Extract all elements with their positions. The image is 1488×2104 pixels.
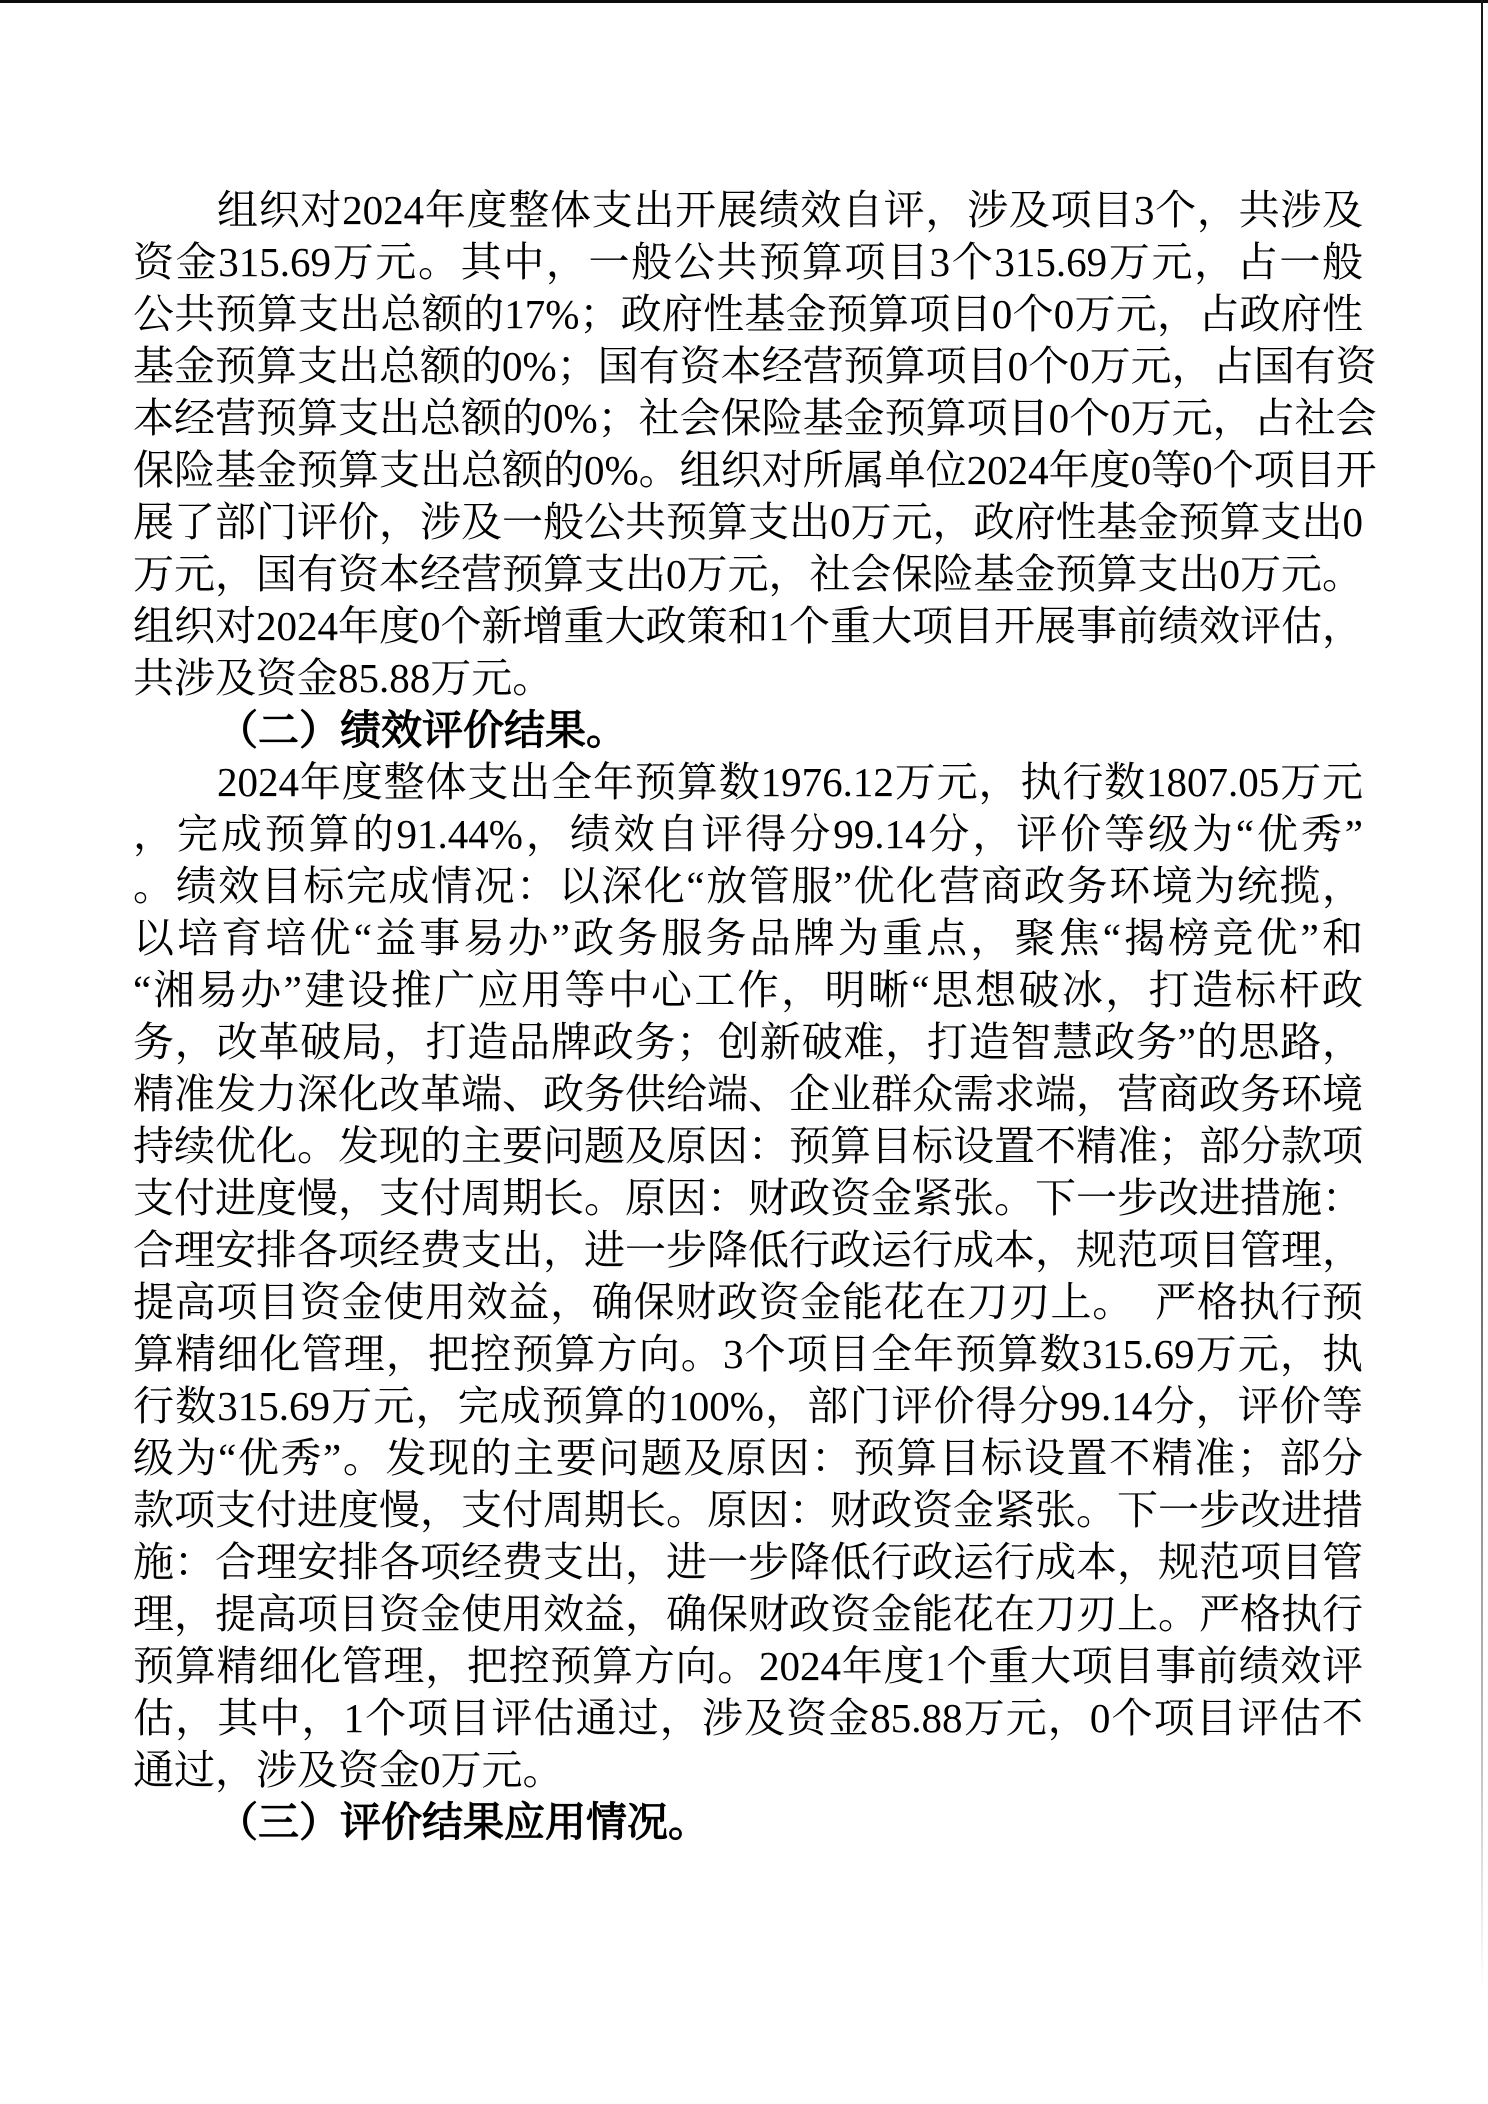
body-line: 精准发力深化改革端、政务供给端、企业群众需求端，营商政务环境 [133,1068,1363,1120]
body-line: 提高项目资金使用效益，确保财政资金能花在刀刃上。 严格执行预 [133,1276,1363,1328]
body-line: 算精细化管理，把控预算方向。3个项目全年预算数315.69万元，执 [133,1328,1363,1380]
body-line: ，完成预算的91.44%，绩效自评得分99.14分，评价等级为“优秀” [133,808,1363,860]
body-line: 合理安排各项经费支出，进一步降低行政运行成本，规范项目管理， [133,1224,1363,1276]
body-line: 支付进度慢，支付周期长。原因：财政资金紧张。下一步改进措施： [133,1172,1363,1224]
body-line: 款项支付进度慢，支付周期长。原因：财政资金紧张。下一步改进措 [133,1484,1363,1536]
body-line: 组织对2024年度整体支出开展绩效自评，涉及项目3个，共涉及 [133,184,1363,236]
body-line: 通过，涉及资金0万元。 [133,1744,1363,1796]
body-line: 2024年度整体支出全年预算数1976.12万元，执行数1807.05万元 [133,756,1363,808]
body-line: 共涉及资金85.88万元。 [133,652,1363,704]
body-line: 万元，国有资本经营预算支出0万元，社会保险基金预算支出0万元。 [133,548,1363,600]
body-line: 本经营预算支出总额的0%；社会保险基金预算项目0个0万元，占社会 [133,392,1363,444]
body-line: 基金预算支出总额的0%；国有资本经营预算项目0个0万元，占国有资 [133,340,1363,392]
document-page: 组织对2024年度整体支出开展绩效自评，涉及项目3个，共涉及资金315.69万元… [0,0,1488,2104]
document-body: 组织对2024年度整体支出开展绩效自评，涉及项目3个，共涉及资金315.69万元… [133,184,1363,1848]
body-line: 保险基金预算支出总额的0%。组织对所属单位2024年度0等0个项目开 [133,444,1363,496]
body-line: 展了部门评价，涉及一般公共预算支出0万元，政府性基金预算支出0 [133,496,1363,548]
section-heading: （二）绩效评价结果。 [133,704,1363,756]
body-line: 公共预算支出总额的17%；政府性基金预算项目0个0万元，占政府性 [133,288,1363,340]
body-line: 理，提高项目资金使用效益，确保财政资金能花在刀刃上。严格执行 [133,1588,1363,1640]
body-line: 行数315.69万元，完成预算的100%，部门评价得分99.14分，评价等 [133,1380,1363,1432]
body-line: 组织对2024年度0个新增重大政策和1个重大项目开展事前绩效评估， [133,600,1363,652]
body-line: 以培育培优“益事易办”政务服务品牌为重点，聚焦“揭榜竞优”和 [133,912,1363,964]
page-right-border [1481,0,1483,1990]
body-line: 预算精细化管理，把控预算方向。2024年度1个重大项目事前绩效评 [133,1640,1363,1692]
body-line: 。绩效目标完成情况：以深化“放管服”优化营商政务环境为统揽， [133,860,1363,912]
body-line: “湘易办”建设推广应用等中心工作，明晰“思想破冰，打造标杆政 [133,964,1363,1016]
body-line: 资金315.69万元。其中，一般公共预算项目3个315.69万元，占一般 [133,236,1363,288]
body-line: 持续优化。发现的主要问题及原因：预算目标设置不精准；部分款项 [133,1120,1363,1172]
body-line: 估，其中，1个项目评估通过，涉及资金85.88万元，0个项目评估不 [133,1692,1363,1744]
section-heading: （三）评价结果应用情况。 [133,1796,1363,1848]
page-top-border [0,0,1488,3]
body-line: 施：合理安排各项经费支出，进一步降低行政运行成本，规范项目管 [133,1536,1363,1588]
body-line: 级为“优秀”。发现的主要问题及原因：预算目标设置不精准；部分 [133,1432,1363,1484]
body-line: 务，改革破局，打造品牌政务；创新破难，打造智慧政务”的思路， [133,1016,1363,1068]
